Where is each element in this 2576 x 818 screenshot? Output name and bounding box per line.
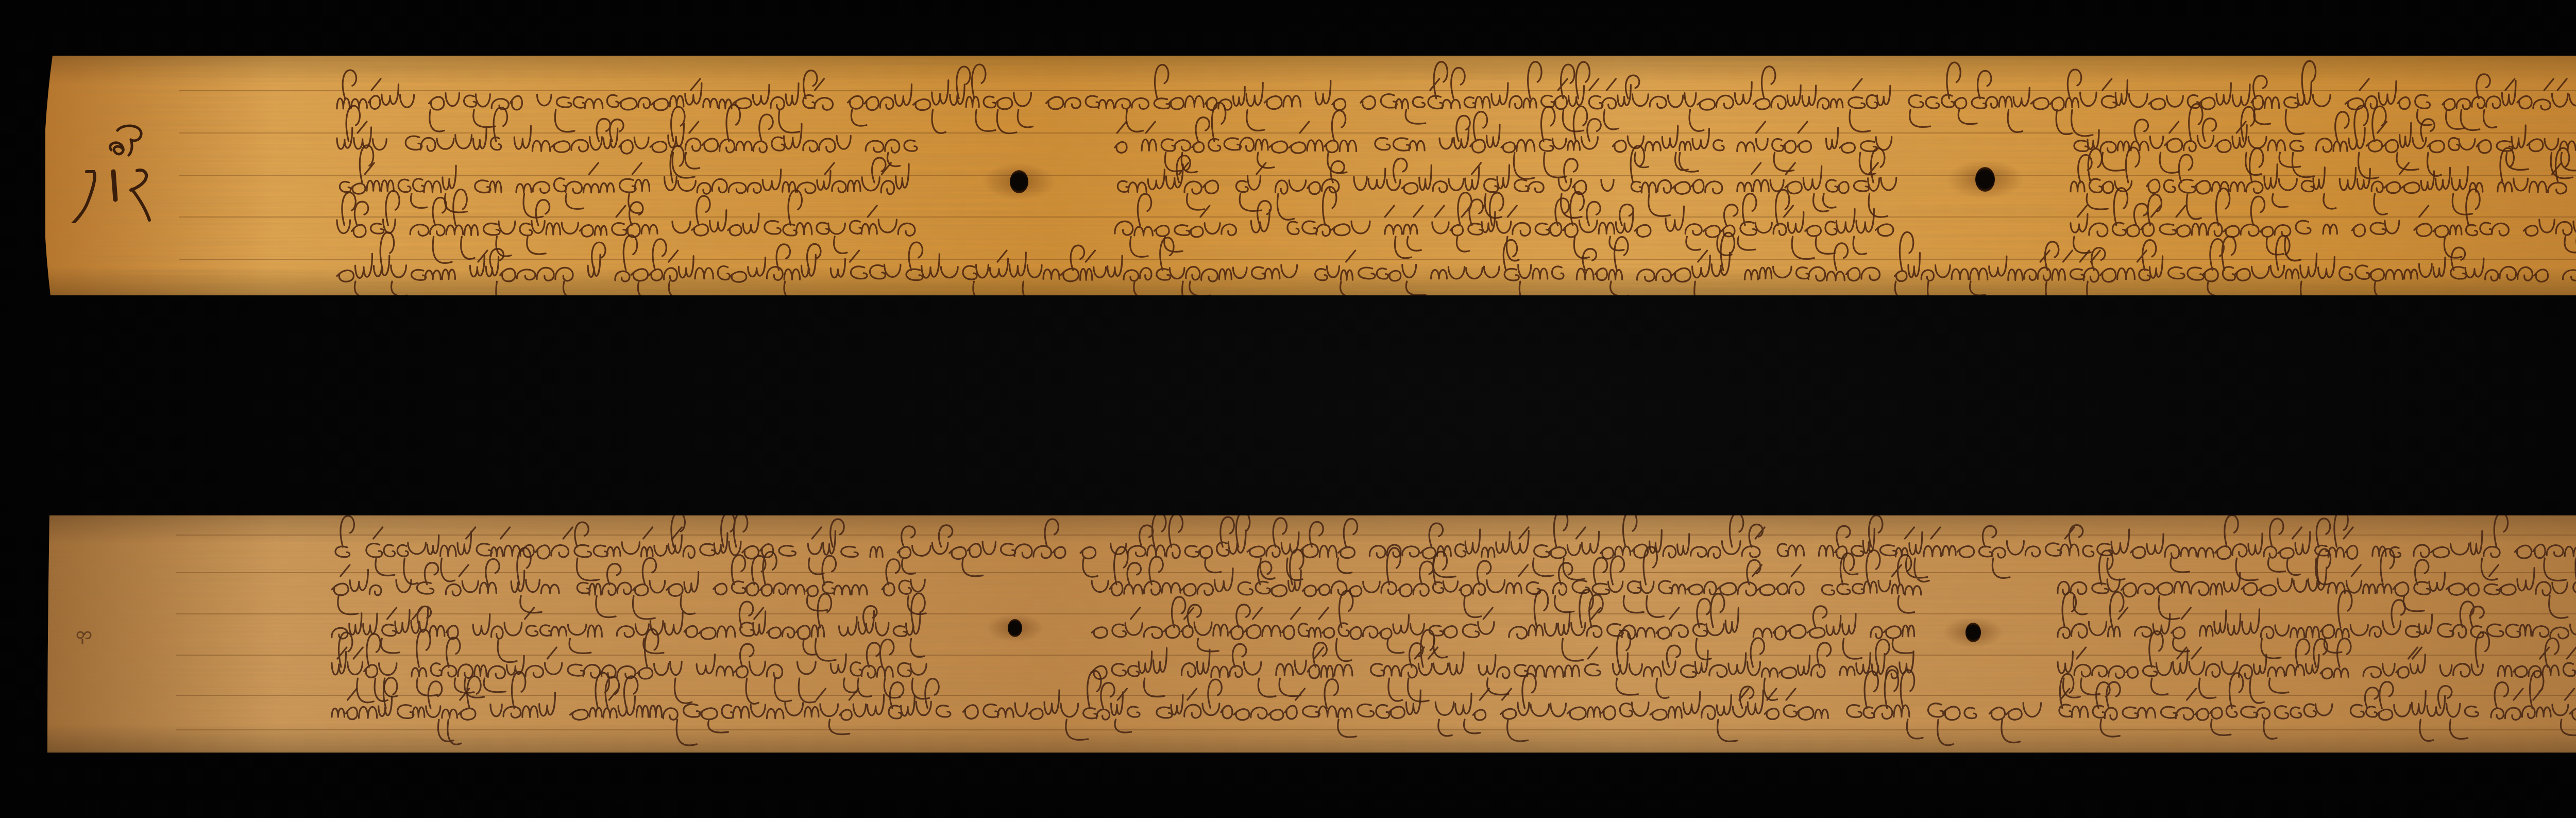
binding-hole: [1010, 170, 1028, 193]
palm-leaf-lower: ᨷᩕᩪᩣᩮᩬᩈᩉᩕᩢᨷᩢᩉᩃᩕᩢᨴᩮᩬᩣᩅᩫᩢᨻᩕᩪᩣᩈᩦ ᩁᩮᩬᩈᨷᩕᩢᨷᩕᩪ…: [42, 515, 2576, 753]
binding-hole: [1008, 619, 1022, 637]
leaf-number-glyph-icon: [73, 628, 94, 648]
leaf-number-glyph-icon: [50, 120, 164, 223]
handwritten-script-icon: [330, 680, 2576, 753]
leaf-number-mark: ᩈᩦ ᩣ᩠ᩁ: [50, 120, 164, 225]
manuscript-text-line: ᨷᩕᩪᩣᩁᩮᩬᩈᩈᩮᩬᨷᩕᩪᩣᩁᩮᩬᩈᩮᩬᩁᨷᩕᩪᩣᩁᩮᩬᩈᩈᩮᩬᩁᨷᩕᩪᩣᩁᩮ…: [330, 680, 2576, 753]
manuscript-text-line: ᨷᩕᩪᩣᩁᩣᩅᩮᩬᨴᩢᩮᩬᩈᩉᩦᨿᩣᩮᩬᨷᩕᩪᩣᩮᩬᩈᩣᨷᩕᩩᩈᩢᨷᩕᩪᩣᩁᩮᩬ…: [335, 242, 2576, 295]
palm-leaf-upper: ᩔᩮᩬᩢᨠᩣ᩠ᨶᩣᩉ᩠ᨾᩮᩢᨷᩢᩉ᩠ᩃᩩᩢᨲᩮᩢᨠᩣᩮᩣᨾᩫᨯ᩠ᨿᩅᩯᩣᨶᩩᨷ᩠…: [45, 56, 2576, 295]
handwritten-script-icon: [335, 242, 2576, 295]
manuscript-photo: ᩔᩮᩬᩢᨠᩣ᩠ᨶᩣᩉ᩠ᨾᩮᩢᨷᩢᩉ᩠ᩃᩩᩢᨲᩮᩢᨠᩣᩮᩣᨾᩫᨯ᩠ᨿᩅᩯᩣᨶᩩᨷ᩠…: [0, 0, 2576, 818]
leaf-number-mark: ᨠᩣ: [73, 628, 94, 650]
binding-hole: [1965, 623, 1981, 642]
binding-hole: [1975, 167, 1995, 192]
